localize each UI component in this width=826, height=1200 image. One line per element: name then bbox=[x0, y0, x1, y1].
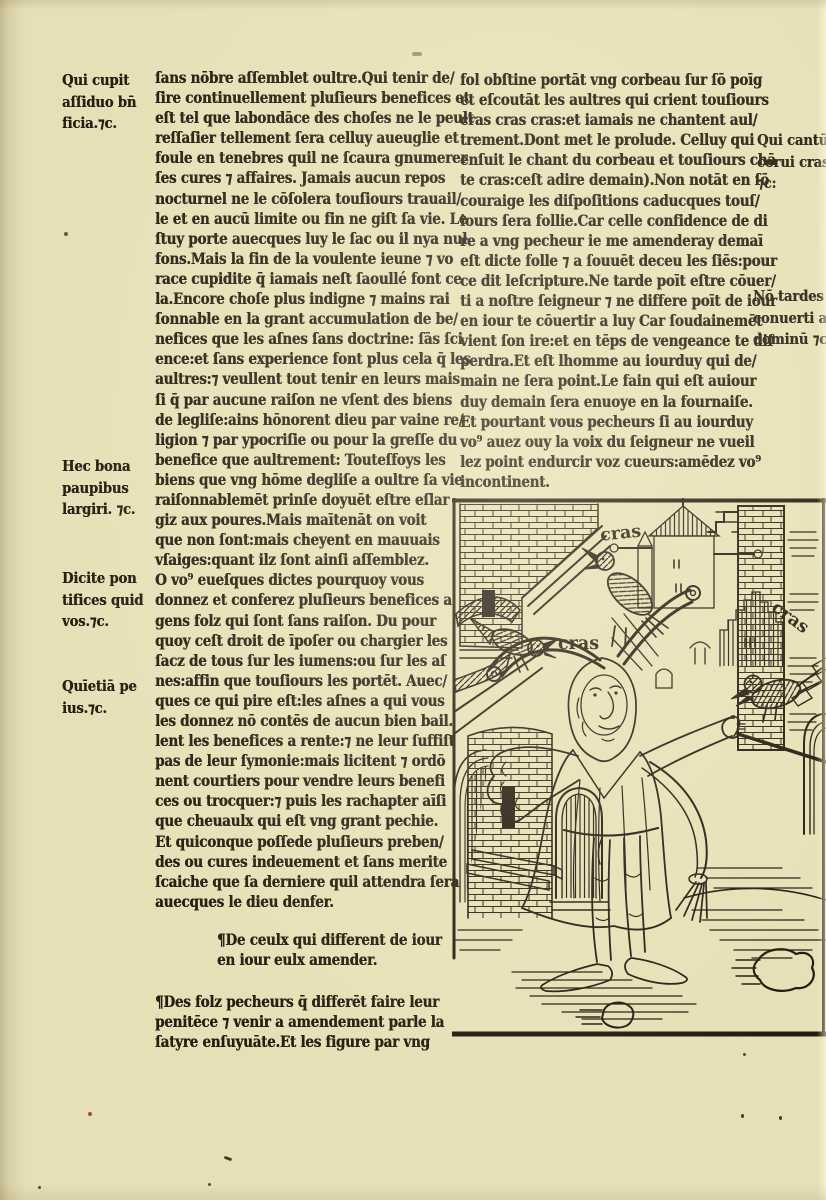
chapter-heading: ¶De ceulx qui different de iouren iour e… bbox=[155, 930, 447, 970]
text-line: Qui cupit bbox=[62, 70, 136, 92]
text-line: largiri. ⁊c. bbox=[62, 499, 135, 521]
text-line: reſſaſier tellement ſera celluy aueuglie… bbox=[155, 128, 402, 148]
text-line: perdra.Et eſt lhomme au iourduy qui de/ bbox=[460, 351, 715, 371]
text-line: incontinent. bbox=[460, 472, 715, 492]
text-line: aſſiduo bn̄ bbox=[62, 92, 136, 114]
margin-note-left-4: Quīetiā peius.⁊c. bbox=[62, 676, 147, 719]
paragraph-block: fol obſtine portāt vng corbeau ſur ſō po… bbox=[460, 70, 762, 492]
text-line: vſaiges:quant ilz ſont ainſi aſſemblez. bbox=[155, 550, 402, 570]
text-line: en iour te cōuertir a luy Car ſoudainemē… bbox=[460, 311, 715, 331]
text-line: et eſcoutāt les aultres qui crient touſi… bbox=[460, 90, 715, 110]
text-line: tifices quid bbox=[62, 590, 143, 612]
book-page-scan: { "page": { "description": "Early printe… bbox=[0, 0, 826, 1200]
text-line: Quīetiā pe bbox=[62, 676, 137, 698]
text-line: Et quiconque poſſede pluſieurs preben/ bbox=[155, 832, 402, 852]
text-line: re a vng pecheur ie me amenderay demaī bbox=[460, 231, 715, 251]
text-line: aultres:⁊ veullent tout tenir en leurs m… bbox=[155, 369, 402, 389]
text-line: ence:et ſans experience font plus cela q… bbox=[155, 349, 402, 369]
text-line: ſtuy porte auecques luy le ſac ou il nya… bbox=[155, 229, 402, 249]
margin-note-left-1: Qui cupitaſſiduo bn̄ficia.⁊c. bbox=[62, 70, 146, 135]
text-line: main ne ſera point.Le fain qui eſt auiou… bbox=[460, 371, 715, 391]
stone-center bbox=[576, 1003, 633, 1028]
text-line: cras cras cras:et iamais ne chantent aul… bbox=[460, 110, 715, 130]
text-line: le et en aucū limite ou fin ne giſt ſa v… bbox=[155, 209, 402, 229]
cras-label-top: cras bbox=[599, 522, 642, 546]
text-line: ques ce qui pire eſt:les aſnes a qui vou… bbox=[155, 691, 402, 711]
text-line: O vo⁹ eueſques dictes pourquoy vous bbox=[155, 570, 402, 590]
paragraph-block: ſans nōbre aſſemblet oultre.Qui tenir de… bbox=[155, 68, 447, 912]
text-line: ce dit leſcripture.Ne tarde poīt eſtre c… bbox=[460, 271, 715, 291]
page-speck bbox=[38, 1186, 41, 1189]
text-line: gens folz qui ſont ſans raiſon. Du pour bbox=[155, 611, 402, 631]
text-line: quoy ceſt droit de īpoſer ou chargier le… bbox=[155, 631, 402, 651]
text-line: les donnez nō contēs de aucun bien bail. bbox=[155, 711, 402, 731]
page-speck bbox=[224, 1156, 233, 1162]
text-line: foule en tenebres quil ne ſcaura gnumere… bbox=[155, 148, 402, 168]
page-speck bbox=[741, 1114, 744, 1118]
text-line: donnez et conferez pluſieurs benefices a bbox=[155, 590, 402, 610]
text-line: couraige les diſpoſitions caducques touſ… bbox=[460, 191, 715, 211]
text-line: trement.Dont met le prolude. Celluy qui bbox=[460, 130, 715, 150]
text-line: Dicite pon bbox=[62, 568, 143, 590]
text-line: nefices que les aſnes ſans doctrine: ſās… bbox=[155, 329, 402, 349]
text-line: fons.Mais la fin de la voulente ieune ⁊ … bbox=[155, 249, 402, 269]
text-line: pas de leur ſymonie:mais licitent ⁊ ordō bbox=[155, 751, 402, 771]
text-column-right: fol obſtine portāt vng corbeau ſur ſō po… bbox=[460, 70, 762, 492]
text-line: penitēce ⁊ venir a amendement parle la bbox=[155, 1012, 402, 1032]
text-line: que non ſont:mais cheyent en mauuais bbox=[155, 530, 402, 550]
text-line: ti a noſtre ſeigneur ⁊ ne differe poīt d… bbox=[460, 291, 715, 311]
text-line: biens que vng hōme degliſe a oultre ſa v… bbox=[155, 470, 402, 490]
text-line: nes:affin que touſiours les portēt. Auec… bbox=[155, 671, 402, 691]
text-line: ſire continuellement pluſieurs benefices… bbox=[155, 88, 402, 108]
fool-head bbox=[568, 658, 636, 761]
text-line: te cras:ceſt adire demain).Non notāt en … bbox=[460, 170, 715, 190]
text-line: vos.⁊c. bbox=[62, 611, 143, 633]
paragraph-block: ¶Des folz pecheurs q̄ differēt faire leu… bbox=[155, 992, 447, 1052]
text-line: ſacz de tous ſur les iumens:ou ſur les a… bbox=[155, 651, 402, 671]
text-line: des ou cures indeuement et ſans merite bbox=[155, 852, 402, 872]
crow-on-head bbox=[582, 548, 668, 648]
text-line: ¶Des folz pecheurs q̄ differēt faire leu… bbox=[155, 992, 402, 1012]
margin-note-left-2: Hec bonapaupibuslargiri. ⁊c. bbox=[62, 456, 145, 521]
text-line: ligion ⁊ par ypocriſie ou pour la greſſe… bbox=[155, 430, 402, 450]
text-column-left: ſans nōbre aſſemblet oultre.Qui tenir de… bbox=[155, 68, 447, 1052]
text-line: ces ou trocquer:⁊ puis les rachapter aīſ… bbox=[155, 791, 402, 811]
text-line: eſt tel que labondāce des choſes ne le p… bbox=[155, 108, 402, 128]
text-line: conuerti ad bbox=[753, 308, 826, 330]
text-line: ficia.⁊c. bbox=[62, 113, 136, 135]
page-speck bbox=[64, 232, 68, 236]
text-line: Hec bona bbox=[62, 456, 135, 478]
text-line: raiſonnablemēt prinſe doyuēt eſtre eſlar bbox=[155, 490, 402, 510]
text-line: en iour eulx amender. bbox=[217, 950, 411, 970]
text-line: de legliſe:ains hōnorent dieu par vaine … bbox=[155, 410, 402, 430]
text-line: nent courtiers pour vendre leurs benefi bbox=[155, 771, 402, 791]
text-line: ſonnable en la grant accumulation de be/ bbox=[155, 309, 402, 329]
text-line: la.Encore choſe plus indigne ⁊ mains rai bbox=[155, 289, 402, 309]
fool-right-arm bbox=[640, 716, 826, 776]
woodcut-illustration: cras cras cras bbox=[452, 498, 826, 1038]
hood-tail bbox=[642, 762, 707, 922]
page-speck bbox=[88, 1112, 92, 1116]
text-line: benefice que aultrement: Touteſfoys les bbox=[155, 450, 402, 470]
text-line: Qui cantū bbox=[757, 130, 826, 152]
text-line: duy demain ſera enuoye en la fournaiſe. bbox=[460, 392, 715, 412]
text-line: ſi q̄ par aucune raiſon ne vſent des bie… bbox=[155, 390, 402, 410]
text-line: fol obſtine portāt vng corbeau ſur ſō po… bbox=[460, 70, 715, 90]
text-line: ſes cures ⁊ affaires. Jamais aucun repos bbox=[155, 168, 402, 188]
text-line: ſcaiche que ſa derniere quil attendra ſe… bbox=[155, 872, 402, 892]
page-speck bbox=[779, 1116, 782, 1120]
text-line: ſatyre enſuyuāte.Et les figure par vng bbox=[155, 1032, 402, 1052]
text-line: Et pourtant vous pecheurs ſi au iourduy bbox=[460, 412, 715, 432]
text-line: ius.⁊c. bbox=[62, 698, 137, 720]
text-line: paupibus bbox=[62, 478, 135, 500]
text-line: lez point endurcir voz cueurs:amēdez vo⁹ bbox=[460, 452, 715, 472]
text-line: giz aux poures.Mais maītenāt on voit bbox=[155, 510, 402, 530]
page-speck bbox=[743, 1053, 746, 1056]
text-line: nocturnel ne le cōſolera touſiours traua… bbox=[155, 189, 402, 209]
text-line: ¶De ceulx qui different de iour bbox=[217, 930, 411, 950]
stone-right bbox=[732, 949, 814, 991]
text-line: race cupidite q̄ iamais neſt ſaoullé fon… bbox=[155, 269, 402, 289]
text-line: iours ſera follie.Car celle confidence d… bbox=[460, 211, 715, 231]
brick-tower-right bbox=[708, 506, 826, 834]
text-line: enſuit le chant du corbeau et touſiours … bbox=[460, 150, 715, 170]
page-speck bbox=[208, 1183, 211, 1186]
text-line: auecques le dieu denfer. bbox=[155, 892, 402, 912]
page-speck bbox=[412, 52, 422, 56]
text-line: ſans nōbre aſſemblet oultre.Qui tenir de… bbox=[155, 68, 402, 88]
text-line: lent les benefices a rente:⁊ ne leur ſuf… bbox=[155, 731, 402, 751]
text-line: vient ſon ire:et en tēps de vengeance te… bbox=[460, 331, 715, 351]
text-line: eſt dicte folle ⁊ a ſouuēt deceu les ſiē… bbox=[460, 251, 715, 271]
text-line: vo⁹ auez ouy la voix du ſeigneur ne vuei… bbox=[460, 432, 715, 452]
text-line: que cheuaulx qui eſt vng grant pechie. bbox=[155, 811, 402, 831]
margin-note-left-3: Dicite pontifices quidvos.⁊c. bbox=[62, 568, 154, 633]
